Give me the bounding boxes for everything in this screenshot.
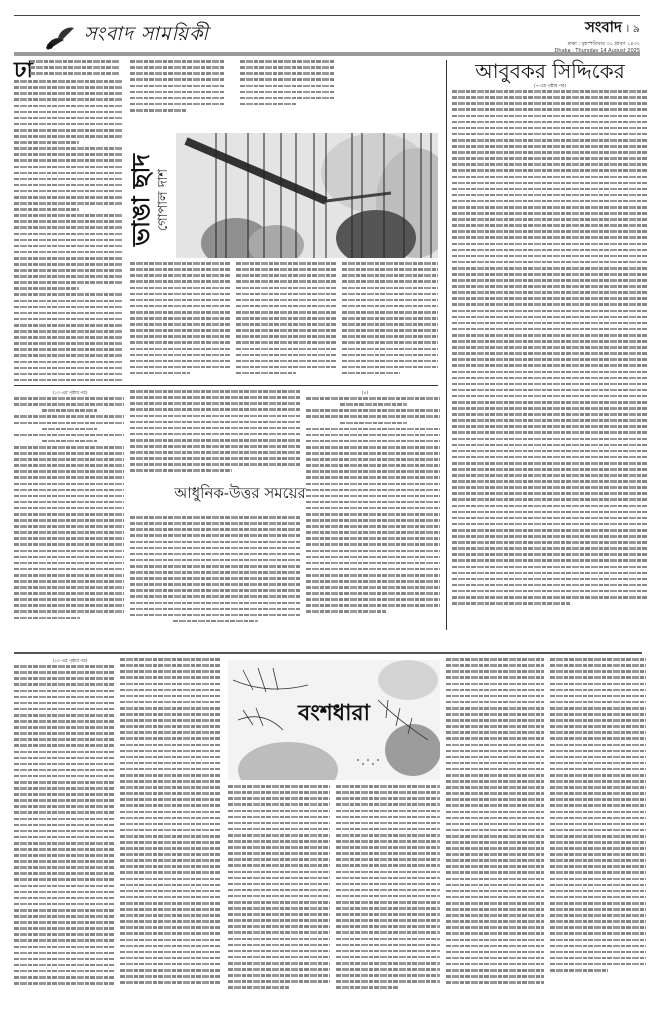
brand-name: সংবাদ (585, 18, 622, 36)
section-logo: সংবাদ সাময়িকী (44, 20, 209, 52)
page-number: ৯ (633, 22, 640, 35)
story-title: ভাঙা ছাদ (128, 140, 154, 260)
bottom-column-4 (336, 785, 440, 995)
feature-headline: আবুবকর সিদ্দিকের (452, 60, 648, 82)
story-column-2-top (130, 60, 225, 120)
bongshodhara-illustration: বংশধারা (228, 660, 440, 780)
story-column-3-bottom (236, 262, 336, 382)
story-column-1-body (14, 80, 122, 384)
newspaper-brand: সংবাদ । ৯ ঢাকা : বৃহস্পতিবার ৩০ শ্রাবণ ১… (555, 16, 640, 55)
bottom-column-3 (228, 785, 330, 995)
bottom-section-divider (14, 652, 642, 654)
story-column-2-bottom (130, 262, 230, 382)
masthead: সংবাদ সাময়িকী সংবাদ । ৯ ঢাকা : বৃহস্পতি… (14, 16, 640, 50)
section-logo-text: সংবাদ সাময়িকী (84, 20, 209, 52)
story-illustration (176, 133, 438, 258)
middle-column-3 (306, 397, 440, 629)
story-title-block: ভাঙা ছাদ গোপাল দাশ (126, 140, 176, 260)
bottom-column-6 (550, 658, 646, 995)
middle-column-2-top (130, 390, 300, 476)
masthead-grey-bar (14, 52, 640, 56)
bottom-column-2 (120, 658, 220, 995)
middle-left-continued-note: (১০-এর পৃষ্ঠার পর) (40, 390, 100, 397)
story-author: গোপাল দাশ (156, 140, 172, 260)
column-divider (446, 60, 447, 630)
bottom-continued-note: (১০-এর পৃষ্ঠার পর) (40, 658, 100, 665)
story-column-1 (30, 60, 120, 82)
bottom-column-5 (446, 658, 544, 995)
bird-logo-icon (44, 24, 78, 52)
feature-continued-note: (৭-এর পৃষ্ঠার পর) (520, 83, 580, 90)
section-divider (14, 385, 438, 386)
date-bengali: ঢাকা : বৃহস্পতিবার ৩০ শ্রাবণ ১৪৩২ (555, 41, 640, 48)
middle-right-continued-note: (৪) (350, 390, 380, 397)
feature-body (452, 90, 648, 630)
middle-column-2-bottom (130, 516, 300, 630)
bottom-column-1 (14, 665, 114, 995)
story-column-4-bottom (342, 262, 438, 382)
story-column-3-top (240, 60, 335, 120)
middle-column-1 (14, 397, 124, 629)
bottom-story-title: বংশধারা (228, 696, 440, 733)
